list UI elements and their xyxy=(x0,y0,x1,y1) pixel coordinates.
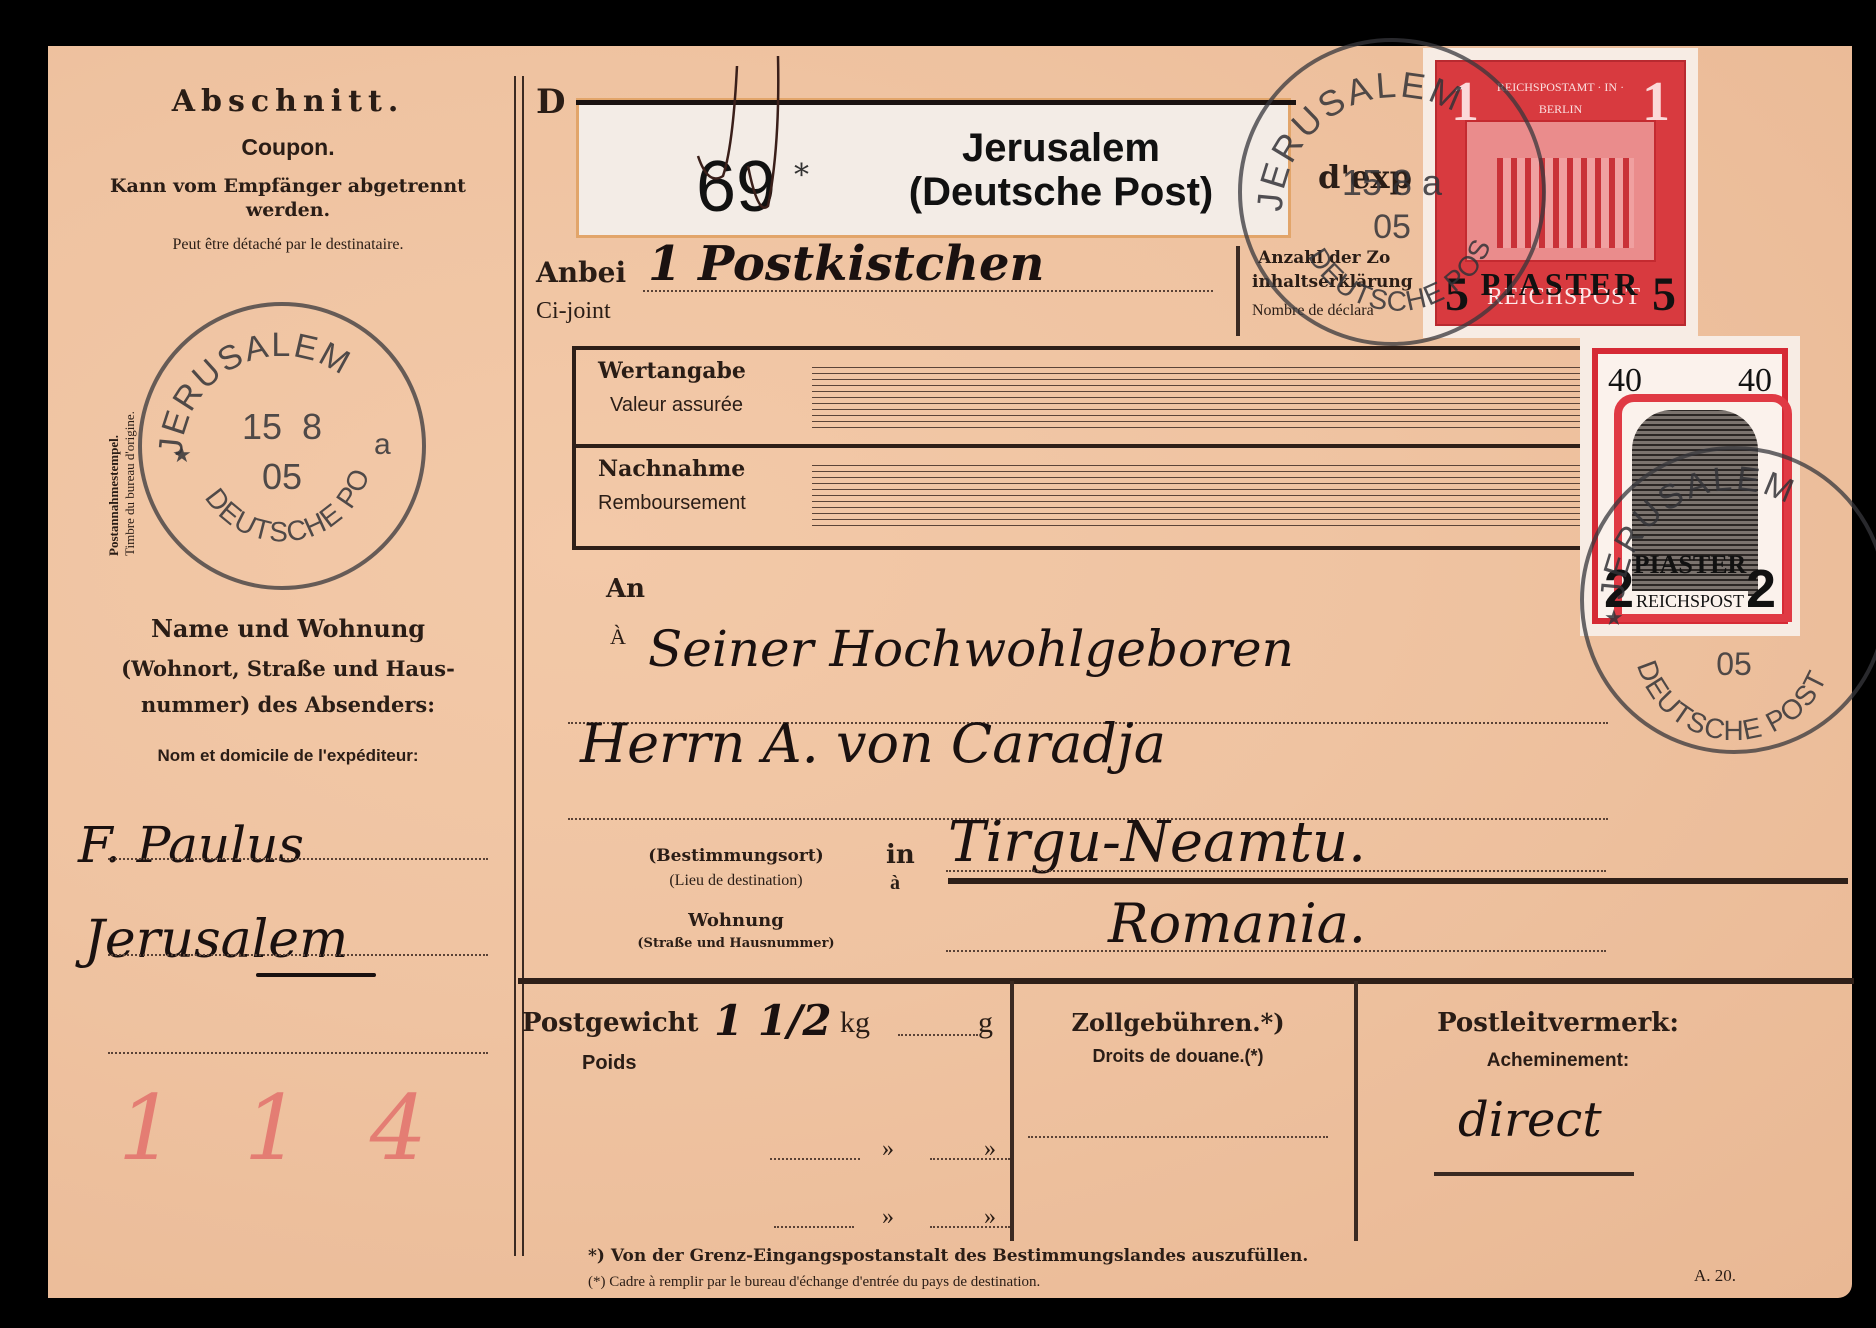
insured-value-label-de: Wertangabe xyxy=(598,358,746,384)
destination-rule xyxy=(948,878,1848,884)
sender-sub-de-1: (Wohnort, Straße und Haus- xyxy=(78,656,498,681)
home-dots xyxy=(946,950,1606,952)
origin-stamp-label-fr: Timbre du bureau d'origine. xyxy=(122,411,138,556)
weight-ditto-dots-1 xyxy=(770,1158,860,1160)
label-city: Jerusalem (Deutsche Post) xyxy=(841,126,1281,214)
check-marks xyxy=(688,46,808,246)
weight-label-fr: Poids xyxy=(582,1052,636,1075)
postmark-year: 05 xyxy=(1242,208,1542,247)
weight-ditto-4: » xyxy=(984,1204,996,1231)
sender-city[interactable]: Jerusalem xyxy=(84,910,348,970)
weight-unit-g: g xyxy=(978,1006,993,1040)
destination-dots xyxy=(946,870,1606,872)
postmark-date: 15 8 a xyxy=(1242,162,1542,204)
stamp-value-right: 40 xyxy=(1738,362,1772,400)
weight-unit-kg: kg xyxy=(840,1006,870,1040)
coupon-title: Abschnitt. xyxy=(88,84,488,119)
recipient-label-fr: À xyxy=(610,624,626,650)
customs-field[interactable] xyxy=(1028,1136,1328,1138)
bottom-divider-2 xyxy=(1354,981,1358,1241)
weight-ditto-1: » xyxy=(882,1136,894,1163)
postmark-coupon: JERUSALEM DEUTSCHE POST a ★ 15 8 05 xyxy=(138,302,426,590)
sender-heading-de: Name und Wohnung xyxy=(88,614,488,643)
country-value[interactable]: Romania. xyxy=(1108,892,1366,955)
enclosure-divider xyxy=(1236,246,1240,336)
enclosure-value[interactable]: 1 Postkistchen xyxy=(648,236,1044,292)
weight-ditto-2: » xyxy=(984,1136,996,1163)
bottom-divider-1 xyxy=(1010,981,1014,1241)
cod-label-de: Nachnahme xyxy=(598,456,745,482)
weight-ditto-3: » xyxy=(882,1204,894,1231)
home-label-sub: (Straße und Hausnummer) xyxy=(596,936,876,951)
sender-line-1 xyxy=(108,858,488,860)
enclosure-label-fr: Ci-joint xyxy=(536,298,611,325)
postmark-date: 15 8 xyxy=(142,406,422,448)
stamp-value-left: 40 xyxy=(1608,362,1642,400)
label-top-bar xyxy=(576,100,1296,105)
coupon-note-de: Kann vom Empfänger abgetrennt werden. xyxy=(68,174,508,222)
form-number: A. 20. xyxy=(1694,1266,1736,1286)
footnote-fr: (*) Cadre à remplir par le bureau d'écha… xyxy=(588,1274,1040,1291)
postmark-year: 05 xyxy=(142,456,422,498)
sender-sub-de-2: nummer) des Absenders: xyxy=(78,692,498,717)
sender-underline xyxy=(256,973,376,977)
value-cod-box: Wertangabe Valeur assurée Nachnahme Remb… xyxy=(572,346,1636,550)
enclosure-line xyxy=(643,290,1213,292)
sender-name[interactable]: F. Paulus xyxy=(78,816,304,874)
weight-label-de: Postgewicht xyxy=(522,1008,699,1038)
in-fr: à xyxy=(890,872,900,895)
insured-value-label-fr: Valeur assurée xyxy=(610,394,743,417)
parcel-label: 69 * Jerusalem (Deutsche Post) xyxy=(576,98,1291,238)
perforation-line xyxy=(522,76,524,1256)
stamp-overprint-value-right: 5 xyxy=(1652,267,1676,322)
customs-label-fr: Droits de douane.(*) xyxy=(1028,1046,1328,1067)
svg-text:JERUSALEM: JERUSALEM xyxy=(1594,460,1802,601)
destination-value[interactable]: Tirgu-Neamtu. xyxy=(948,810,1366,875)
red-pencil-mark: 1 1 4 xyxy=(118,1076,447,1181)
insured-value-field[interactable] xyxy=(812,362,1636,432)
destination-label-de: (Bestimmungsort) xyxy=(596,846,876,866)
enclosure-label-de: Anbei xyxy=(536,256,626,289)
weight-ditto-dots-3 xyxy=(774,1226,854,1228)
bottom-grid-rule xyxy=(518,978,1854,984)
header-partial-de: D xyxy=(536,82,565,122)
perforation-line xyxy=(514,76,516,1256)
cod-field[interactable] xyxy=(812,460,1636,530)
coupon-subtitle: Coupon. xyxy=(88,134,488,161)
recipient-line-1[interactable]: Seiner Hochwohlgeboren xyxy=(648,620,1294,678)
home-label-de: Wohnung xyxy=(596,910,876,931)
weight-g-dots xyxy=(898,1034,978,1036)
routing-value[interactable]: direct xyxy=(1458,1092,1602,1148)
postmark-ring-text: JERUSALEM DEUTSCHE POST ★ xyxy=(1584,450,1876,750)
routing-label-fr: Acheminement: xyxy=(1378,1050,1738,1072)
parcel-card: Abschnitt. Coupon. Kann vom Empfänger ab… xyxy=(48,46,1852,1298)
customs-label-de: Zollgebühren.*) xyxy=(1028,1008,1328,1037)
recipient-label-de: An xyxy=(606,574,645,604)
sender-line-3 xyxy=(108,1052,488,1054)
routing-underline xyxy=(1434,1172,1634,1176)
weight-value[interactable]: 1 1/2 xyxy=(714,996,832,1045)
postmark-year: 05 xyxy=(1584,646,1876,683)
coupon-note-fr: Peut être détaché par le destinataire. xyxy=(68,236,508,254)
recipient-line-2[interactable]: Herrn A. von Caradja xyxy=(580,712,1166,775)
in-de: in xyxy=(886,840,915,870)
postmark-stamp-1: JERUSALEM DEUTSCHE POST 15 8 a 05 xyxy=(1238,38,1546,346)
sender-heading-fr: Nom et domicile de l'expéditeur: xyxy=(78,746,498,766)
value-box-divider xyxy=(576,444,1636,448)
cod-label-fr: Remboursement xyxy=(598,492,746,515)
svg-text:★: ★ xyxy=(1604,605,1624,630)
routing-label-de: Postleitvermerk: xyxy=(1378,1008,1738,1038)
origin-stamp-label-de: Postannahmestempel. xyxy=(106,411,122,556)
destination-label-fr: (Lieu de destination) xyxy=(596,872,876,890)
weight-ditto-dots-2 xyxy=(930,1158,1010,1160)
origin-stamp-label: Postannahmestempel. Timbre du bureau d'o… xyxy=(106,411,138,556)
footnote-de: *) Von der Grenz-Eingangspostanstalt des… xyxy=(588,1246,1308,1266)
weight-ditto-dots-4 xyxy=(930,1226,1010,1228)
sender-line-2 xyxy=(108,954,488,956)
postmark-stamp-2: JERUSALEM DEUTSCHE POST ★ 05 xyxy=(1580,446,1876,754)
